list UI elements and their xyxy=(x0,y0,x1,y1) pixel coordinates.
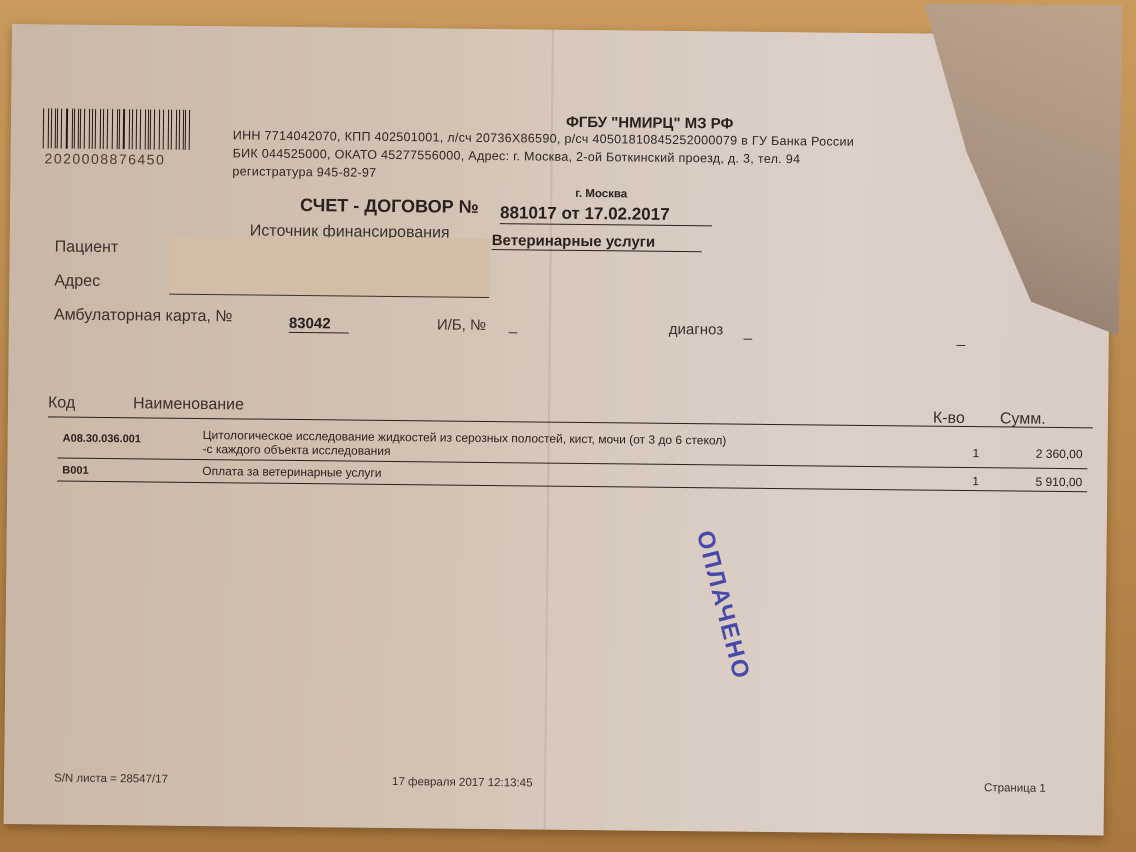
address-label: Адрес xyxy=(54,272,100,290)
document-title: СЧЕТ - ДОГОВОР № xyxy=(300,195,479,218)
requisites-line-2: БИК 044525000, ОКАТО 45277556000, Адрес:… xyxy=(233,146,801,166)
redacted-patient-info xyxy=(169,236,490,297)
diagnosis-trailing-dash: _ xyxy=(957,330,966,347)
row-name-line-2: -с каждого объекта исследования xyxy=(202,442,390,458)
financing-value: Ветеринарные услуги xyxy=(492,232,702,252)
row-code: A08.30.036.001 xyxy=(63,433,141,446)
footer-page: Страница 1 xyxy=(984,782,1046,795)
invoice-sheet: 2020008876450 ФГБУ "НМИРЦ" МЗ РФ ИНН 771… xyxy=(4,24,1112,835)
row-sum: 2 360,00 xyxy=(1002,446,1082,461)
ib-value: _ xyxy=(509,317,518,334)
diagnosis-label: диагноз xyxy=(669,321,723,339)
diagnosis-value: _ xyxy=(744,324,753,341)
organization-name: ФГБУ "НМИРЦ" МЗ РФ xyxy=(566,114,734,133)
patient-label: Пациент xyxy=(55,238,119,257)
document-city: г. Москва xyxy=(575,188,627,201)
requisites-line-1: ИНН 7714042070, КПП 402501001, л/сч 2073… xyxy=(233,128,854,149)
paid-stamp: ОПЛАЧЕНО xyxy=(690,528,755,683)
row-name-line-1: Оплата за ветеринарные услуги xyxy=(202,464,381,480)
column-header-name: Наименование xyxy=(133,395,244,414)
table-bottom-divider xyxy=(57,480,1087,492)
document-number-date: 881017 от 17.02.2017 xyxy=(500,203,712,226)
row-qty: 1 xyxy=(972,446,979,460)
row-sum: 5 910,00 xyxy=(1002,474,1082,489)
row-qty: 1 xyxy=(972,474,979,488)
barcode-icon xyxy=(43,108,193,150)
requisites-line-3: регистратура 945-82-97 xyxy=(232,164,376,180)
barcode-number: 2020008876450 xyxy=(45,150,166,167)
card-label: Амбулаторная карта, № xyxy=(54,306,233,326)
ib-label: И/Б, № xyxy=(437,316,486,334)
card-number: 83042 xyxy=(289,315,349,334)
curled-corner xyxy=(899,3,1122,335)
row-code: B001 xyxy=(62,465,88,477)
footer-printed-at: 17 февраля 2017 12:13:45 xyxy=(392,776,533,789)
column-header-code: Код xyxy=(48,394,75,412)
footer-serial: S/N листа = 28547/17 xyxy=(54,772,168,785)
